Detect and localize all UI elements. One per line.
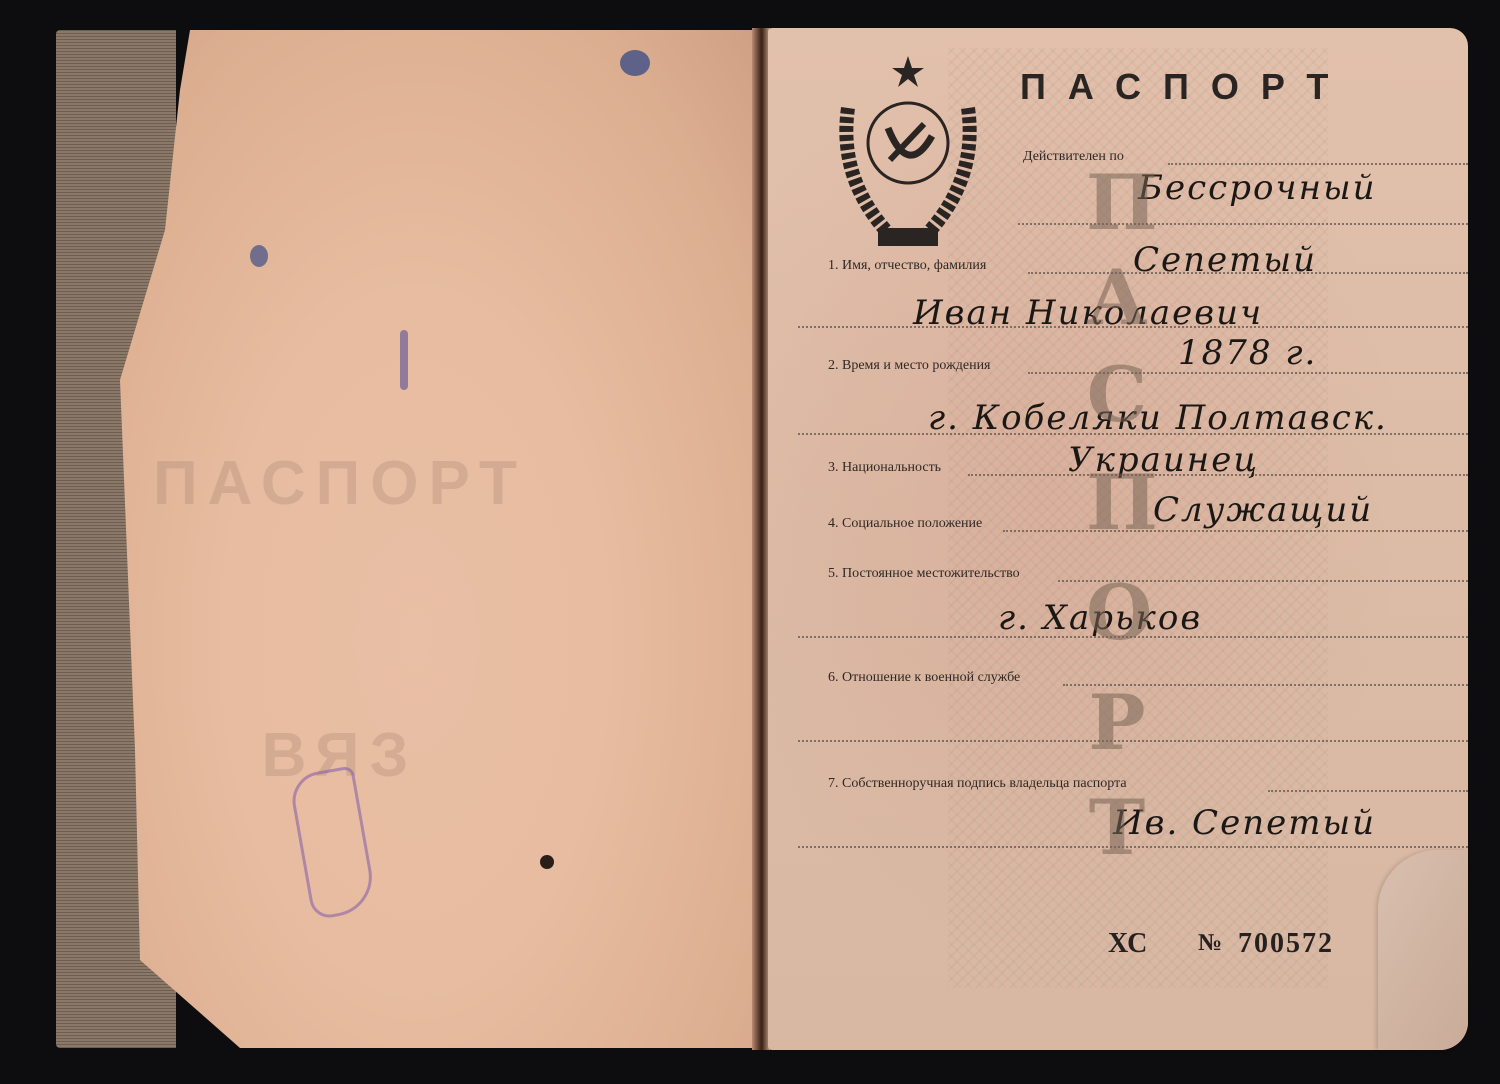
- surname-value: Сепетый: [1133, 240, 1317, 280]
- owner-signature: Ив. Сепетый: [1113, 803, 1376, 843]
- watermark-letter: О: [1086, 568, 1148, 657]
- ghost-line: ПАСПОРТ: [140, 450, 540, 518]
- birth-year-value: 1878 г.: [1178, 333, 1317, 373]
- dotted-line: [1268, 790, 1468, 792]
- social-status-value: Служащий: [1153, 490, 1373, 530]
- passport-number: 700572: [1238, 928, 1334, 960]
- ghost-line: [140, 586, 540, 654]
- birth-place-value: г. Кобеляки Полтавск.: [928, 398, 1388, 438]
- watermark-letter: Т: [1086, 783, 1148, 872]
- ink-blot: [620, 50, 650, 76]
- ink-blot: [400, 330, 408, 390]
- ghost-line: [140, 654, 540, 722]
- watermark-letter: А: [1086, 253, 1148, 342]
- passport-series: ХС: [1108, 928, 1147, 960]
- watermark-letter: Р: [1086, 678, 1148, 767]
- ink-blot: [250, 245, 268, 267]
- valid-until-value: Бессрочный: [1138, 168, 1377, 208]
- field-1-label: 1. Имя, отчество, фамилия: [828, 258, 986, 274]
- number-sign: №: [1198, 930, 1222, 957]
- watermark-letter: П: [1086, 458, 1148, 547]
- show-through-print: ПАСПОРТ ВЯЗ: [140, 450, 540, 790]
- right-page: ПАСПОРТ Действителен по Бессрочный 1. Им…: [768, 28, 1468, 1050]
- ghost-line: [140, 518, 540, 586]
- field-7-label: 7. Собственноручная подпись владельца па…: [828, 776, 1127, 792]
- ussr-coat-of-arms-icon: [828, 48, 988, 258]
- field-3-label: 3. Национальность: [828, 460, 941, 476]
- field-5-label: 5. Постоянное местожительство: [828, 566, 1020, 582]
- watermark-letter: П: [1086, 158, 1148, 247]
- worn-page-corner: [1378, 850, 1468, 1050]
- watermark-letter: С: [1086, 350, 1148, 439]
- left-page: ПАСПОРТ ВЯЗ: [80, 30, 752, 1048]
- dotted-line: [1168, 163, 1468, 165]
- dotted-line: [1003, 530, 1468, 532]
- page-title: ПАСПОРТ: [1020, 66, 1350, 108]
- field-6-label: 6. Отношение к военной службе: [828, 670, 1020, 686]
- ink-blot: [540, 855, 554, 869]
- field-4-label: 4. Социальное положение: [828, 516, 982, 532]
- field-2-label: 2. Время и место рождения: [828, 358, 991, 374]
